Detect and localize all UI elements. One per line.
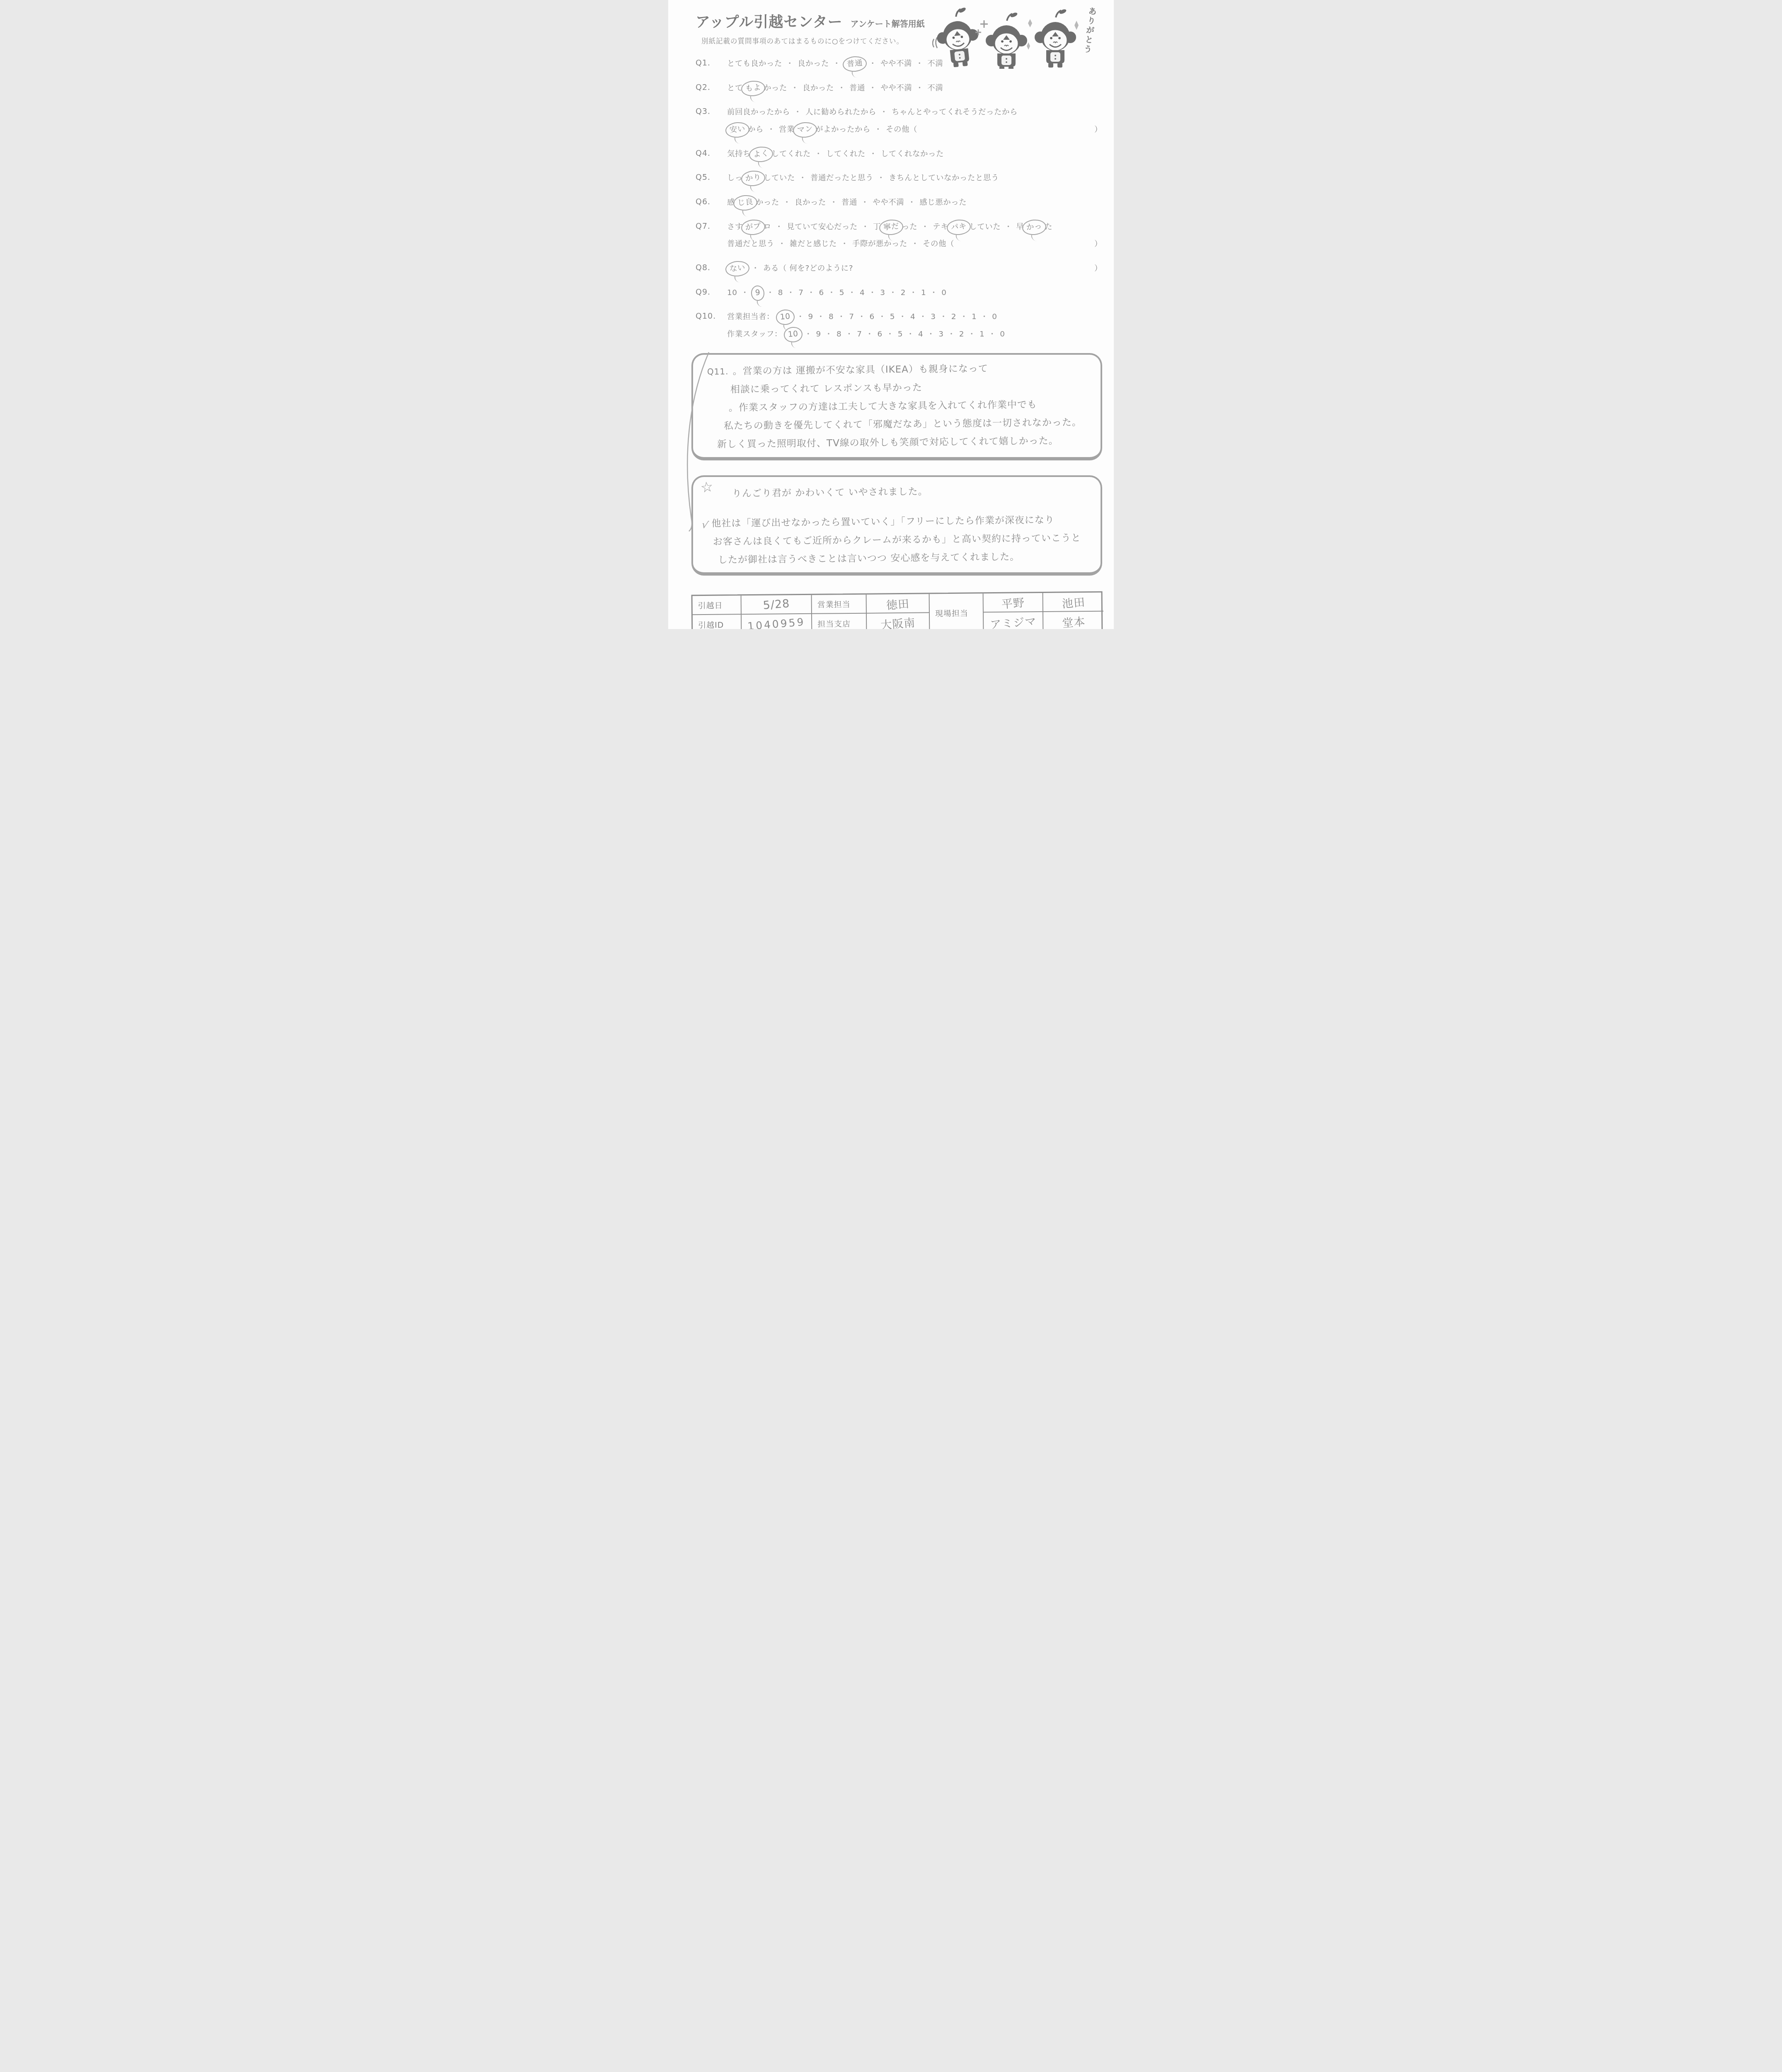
option-separator: ・ (927, 329, 935, 341)
answer-option: 7 (857, 329, 862, 341)
answer-option: 5 (898, 329, 903, 341)
answer-option: 7 (798, 287, 803, 299)
question-label: Q6. (696, 197, 727, 206)
option-separator: ・ (741, 287, 749, 299)
option-separator: ・ (911, 238, 919, 250)
handwriting-line: したが御社は言うべきことは言いつつ 安心感を与えてくれました。 (718, 547, 1090, 569)
question-row: Q3.前回良かったから・人に勧められたから・ちゃんとやってくれそうだったから安い… (696, 107, 1114, 136)
question-row: Q2.とてもよかった・良かった・普通・やや不満・不満 (696, 82, 1114, 94)
pen-circle-mark: 寧だ (879, 218, 904, 236)
option-separator: ・ (907, 329, 914, 341)
motion-lines-icon (933, 37, 937, 48)
answer-option: 良かった (798, 58, 829, 70)
pen-circle-mark: マン (793, 121, 818, 139)
option-separator: ・ (921, 221, 929, 233)
question-label: Q10. (696, 311, 727, 321)
question-lines: 10・9・8・7・6・5・4・3・2・1・0 (727, 287, 1114, 299)
close-paren: ） (1094, 124, 1102, 136)
option-separator: ・ (909, 287, 917, 299)
answer-option: とてもよかった (727, 82, 787, 94)
answer-option: テキパキしていた (933, 221, 1001, 233)
sheet-subtitle: アンケート解答用紙 (851, 19, 925, 29)
answer-option: 3 (938, 329, 943, 341)
question-label: Q7. (696, 221, 727, 231)
answer-option: 手際が悪かった (852, 238, 907, 250)
answer-line: 営業担当者：10・9・8・7・6・5・4・3・2・1・0 (727, 311, 1102, 323)
option-separator: ・ (988, 329, 996, 341)
answer-line: 作業スタッフ：10・9・8・7・6・5・4・3・2・1・0 (727, 329, 1102, 341)
answer-option: 3 (880, 287, 885, 299)
questions: Q1.とても良かった・良かった・普通・やや不満・不満Q2.とてもよかった・良かっ… (696, 58, 1114, 341)
pen-circle-mark: 9 (750, 285, 765, 301)
answer-option: 8 (778, 287, 783, 299)
move-id-value: 1040959 (742, 614, 812, 629)
option-separator: ・ (830, 197, 838, 209)
answer-option: 雑だと感じた (790, 238, 837, 250)
option-separator: ・ (960, 311, 968, 323)
question-lines: しっかりしていた・普通だったと思う・きちんとしていなかったと思う (727, 172, 1114, 184)
option-separator: ・ (877, 172, 885, 184)
question-row: Q8.ない・ある（ 何を?どのように?） (696, 263, 1114, 275)
option-separator: ・ (752, 263, 759, 275)
question-row: Q7.さすがプロ・見ていて安心だった・丁寧だった・テキパキしていた・早かった普通… (696, 221, 1114, 250)
answer-option: 丁寧だった (873, 221, 917, 233)
question-row: Q5.しっかりしていた・普通だったと思う・きちんとしていなかったと思う (696, 172, 1114, 184)
option-separator: ・ (833, 58, 841, 70)
answer-option: 0 (1000, 329, 1005, 341)
star-mark: ☆ (700, 479, 714, 495)
answer-option: ある（ 何を?どのように? (763, 263, 853, 275)
handwriting-line: 新しく買った照明取付、TV線の取外しも笑顔で対応してくれて嬉しかった。 (717, 432, 1090, 454)
answer-option: 安いから (727, 124, 764, 136)
answer-option: 早かった (1016, 221, 1052, 233)
answer-option: 不満 (927, 82, 943, 94)
option-separator: ・ (899, 311, 907, 323)
option-prefix: 作業スタッフ： (727, 329, 782, 341)
option-separator: ・ (783, 197, 791, 209)
pen-circle-mark: かっ (1022, 218, 1047, 236)
answer-option: その他（ (886, 124, 917, 136)
answer-option: 7 (849, 311, 854, 323)
answer-option: 4 (910, 311, 915, 323)
option-separator: ・ (797, 311, 805, 323)
option-separator: ・ (868, 287, 876, 299)
option-separator: ・ (766, 287, 774, 299)
comment-lines: Q11.。営業の方は 運搬が不安な家具（IKEA）も親身になって相談に乗ってくれ… (707, 361, 1090, 452)
option-separator: ・ (968, 329, 976, 341)
option-separator: ・ (845, 329, 853, 341)
question-label: Q2. (696, 82, 727, 92)
pen-circle-mark: 普通 (842, 56, 868, 73)
comment-box-q11: Q11.。営業の方は 運搬が不安な家具（IKEA）も親身になって相談に乗ってくれ… (691, 353, 1102, 460)
site-rep-value-4: 堂本 (1043, 612, 1103, 629)
option-separator: ・ (817, 311, 825, 323)
pen-check-icon (700, 515, 711, 535)
close-paren: ） (1094, 263, 1102, 275)
pen-circle-mark: よく (749, 145, 774, 163)
question-label: Q11. (707, 366, 729, 377)
site-rep-value-2: 池田 (1043, 593, 1103, 612)
answer-line: 気持ちよくしてくれた・してくれた・してくれなかった (727, 148, 1102, 160)
answer-option: 1 (972, 311, 977, 323)
answer-option: 9 (816, 329, 821, 341)
option-separator: ・ (805, 329, 812, 341)
answer-line: 10・9・8・7・6・5・4・3・2・1・0 (727, 287, 1102, 299)
option-separator: ・ (889, 287, 897, 299)
answer-option: 1 (921, 287, 926, 299)
footer: 引越日 5/28 営業担当 徳田 現場担当 平野 池田 引越ID 1040959… (691, 591, 1103, 629)
answer-option: 感じ悪かった (919, 197, 967, 209)
answer-line: とてもよかった・良かった・普通・やや不満・不満 (727, 82, 1102, 94)
brand-title: アップル引越センター (696, 14, 843, 31)
answer-option: 0 (992, 311, 997, 323)
answer-option: 10 (727, 287, 737, 299)
question-label: Q5. (696, 172, 727, 182)
option-separator: ・ (791, 82, 799, 94)
option-prefix: 営業担当者： (727, 311, 774, 323)
footer-table: 引越日 5/28 営業担当 徳田 現場担当 平野 池田 引越ID 1040959… (691, 591, 1103, 629)
answer-option: 10 (778, 311, 793, 323)
option-separator: ・ (1004, 221, 1012, 233)
move-date-value: 5/28 (742, 595, 812, 615)
answer-option: 9 (808, 311, 813, 323)
answer-line: さすがプロ・見ていて安心だった・丁寧だった・テキパキしていた・早かった (727, 221, 1102, 233)
site-rep-value-3: アミジマ (984, 612, 1043, 629)
option-separator: ・ (916, 58, 924, 70)
option-separator: ・ (828, 287, 836, 299)
answer-option: 人に勧められたから (805, 107, 876, 119)
answer-option: 2 (951, 311, 956, 323)
question-row: Q6.感じ良かった・良かった・普通・やや不満・感じ悪かった (696, 197, 1114, 209)
branch-label: 担当支店 (812, 614, 867, 629)
answer-option: してくれなかった (881, 148, 944, 160)
option-separator: ・ (838, 82, 846, 94)
question-lines: とてもよかった・良かった・普通・やや不満・不満 (727, 82, 1114, 94)
answer-option: しっかりしていた (727, 172, 795, 184)
answer-option: やや不満 (873, 197, 904, 209)
answer-line: 感じ良かった・良かった・普通・やや不満・感じ悪かった (727, 197, 1102, 209)
pen-circle-mark: じ良 (733, 194, 758, 212)
handwriting-line: りんごり君が かわいくて いやされました。 (732, 481, 1090, 503)
answer-option: 2 (901, 287, 906, 299)
answer-option: 感じ良かった (727, 197, 779, 209)
answer-option: 8 (829, 311, 834, 323)
site-rep-value-1: 平野 (984, 593, 1043, 612)
answer-option: 4 (860, 287, 865, 299)
option-separator: ・ (874, 124, 882, 136)
option-separator: ・ (886, 329, 894, 341)
answer-option: やや不満 (880, 58, 912, 70)
answer-option: 3 (931, 311, 936, 323)
comment-lines: りんごり君が かわいくて いやされました。他社は「運び出せなかったら置いていく」… (707, 483, 1090, 568)
option-separator: ・ (861, 221, 869, 233)
option-separator: ・ (930, 287, 938, 299)
answer-option: 良かった (803, 82, 834, 94)
option-separator: ・ (807, 287, 815, 299)
answer-option: 良かった (795, 197, 826, 209)
answer-option: 8 (836, 329, 841, 341)
mascot-area: ありがとう (932, 7, 1103, 70)
branch-value: 大阪南 (867, 613, 930, 629)
answer-option: 5 (839, 287, 844, 299)
option-separator: ・ (799, 172, 807, 184)
option-separator: ・ (869, 82, 877, 94)
option-separator: ・ (980, 311, 988, 323)
option-separator: ・ (869, 58, 877, 70)
option-separator: ・ (861, 197, 869, 209)
answer-option: その他（ (923, 238, 954, 250)
pen-circle-mark: もよ (741, 80, 766, 97)
option-separator: ・ (919, 311, 927, 323)
pen-circle-mark: 安い (725, 121, 750, 139)
option-separator: ・ (794, 107, 802, 119)
answer-option: 普通だったと思う (810, 172, 873, 184)
answer-option: 営業マンがよかったから (779, 124, 870, 136)
question-row: Q10.営業担当者：10・9・8・7・6・5・4・3・2・1・0作業スタッフ：1… (696, 311, 1114, 340)
option-separator: ・ (825, 329, 833, 341)
close-paren: ） (1094, 238, 1102, 250)
option-separator: ・ (841, 238, 849, 250)
option-separator: ・ (869, 148, 877, 160)
comment-box-extra: りんごり君が かわいくて いやされました。他社は「運び出せなかったら置いていく」… (691, 475, 1102, 576)
answer-option: 5 (890, 311, 895, 323)
pen-circle-mark: パキ (946, 218, 972, 236)
answer-option: 10 (786, 329, 801, 341)
option-separator: ・ (916, 82, 924, 94)
pen-circle-mark: がプ (741, 218, 766, 236)
answer-line: 安いから・営業マンがよかったから・その他（） (727, 124, 1102, 136)
question-row: Q9.10・9・8・7・6・5・4・3・2・1・0 (696, 287, 1114, 299)
answer-option: 前回良かったから (727, 107, 790, 119)
option-separator: ・ (880, 107, 888, 119)
pen-circle-mark: ない (725, 260, 750, 278)
answer-option: してくれた (826, 148, 866, 160)
answer-option: 普通だと思う (727, 238, 774, 250)
option-separator: ・ (858, 311, 866, 323)
answer-option: 気持ちよくしてくれた (727, 148, 811, 160)
answer-option: ちゃんとやってくれそうだったから (892, 107, 1018, 119)
option-separator: ・ (775, 221, 783, 233)
option-separator: ・ (908, 197, 916, 209)
option-separator: ・ (948, 329, 955, 341)
question-lines: 感じ良かった・良かった・普通・やや不満・感じ悪かった (727, 197, 1114, 209)
answer-option: ない (727, 263, 748, 275)
answer-option: 普通 (844, 58, 865, 70)
answer-option: 6 (819, 287, 824, 299)
answer-option: やや不満 (880, 82, 912, 94)
answer-option: さすがプロ (727, 221, 771, 233)
answer-line: 前回良かったから・人に勧められたから・ちゃんとやってくれそうだったから (727, 107, 1102, 119)
pen-circle-mark: かり (741, 170, 766, 187)
sales-rep-label: 営業担当 (812, 595, 867, 614)
survey-sheet-page: アップル引越センター アンケート解答用紙 別紙記載の質問事項のあてはまるものに○… (668, 0, 1114, 629)
monkey-mascots-icon (932, 7, 1080, 69)
option-separator: ・ (837, 311, 845, 323)
option-separator: ・ (787, 287, 795, 299)
answer-option: 2 (959, 329, 964, 341)
option-separator: ・ (778, 238, 786, 250)
pen-circle-mark: 10 (776, 309, 795, 326)
question-label: Q8. (696, 263, 727, 272)
answer-option: 1 (979, 329, 984, 341)
answer-option: 0 (941, 287, 946, 299)
move-date-label: 引越日 (693, 595, 742, 615)
thanks-text: ありがとう (1079, 6, 1098, 66)
site-rep-label: 現場担当 (930, 593, 984, 629)
answer-option: 6 (877, 329, 882, 341)
answer-option: 4 (918, 329, 923, 341)
answer-line: しっかりしていた・普通だったと思う・きちんとしていなかったと思う (727, 172, 1102, 184)
option-separator: ・ (878, 311, 886, 323)
answer-option: 9 (753, 287, 763, 299)
question-row: Q4.気持ちよくしてくれた・してくれた・してくれなかった (696, 148, 1114, 160)
answer-option: 6 (869, 311, 874, 323)
move-id-label: 引越ID (693, 615, 742, 629)
question-label: Q1. (696, 58, 727, 68)
option-separator: ・ (815, 148, 822, 160)
question-lines: 気持ちよくしてくれた・してくれた・してくれなかった (727, 148, 1114, 160)
question-label: Q4. (696, 148, 727, 158)
answer-option: きちんとしていなかったと思う (889, 172, 999, 184)
question-label: Q3. (696, 107, 727, 116)
option-separator: ・ (786, 58, 794, 70)
option-separator: ・ (940, 311, 948, 323)
question-lines: 営業担当者：10・9・8・7・6・5・4・3・2・1・0作業スタッフ：10・9・… (727, 311, 1114, 340)
answer-line: 普通だと思う・雑だと感じた・手際が悪かった・その他（） (727, 238, 1102, 250)
sales-rep-value: 徳田 (867, 594, 930, 613)
question-label: Q9. (696, 287, 727, 297)
option-separator: ・ (848, 287, 856, 299)
question-lines: さすがプロ・見ていて安心だった・丁寧だった・テキパキしていた・早かった普通だと思… (727, 221, 1114, 250)
option-separator: ・ (866, 329, 873, 341)
option-separator: ・ (767, 124, 775, 136)
answer-option: とても良かった (727, 58, 782, 70)
answer-option: 見ていて安心だった (787, 221, 858, 233)
answer-line: ない・ある（ 何を?どのように?） (727, 263, 1102, 275)
answer-option: 普通 (849, 82, 865, 94)
answer-option: 普通 (841, 197, 857, 209)
question-lines: 前回良かったから・人に勧められたから・ちゃんとやってくれそうだったから安いから・… (727, 107, 1114, 136)
question-lines: ない・ある（ 何を?どのように?） (727, 263, 1114, 275)
